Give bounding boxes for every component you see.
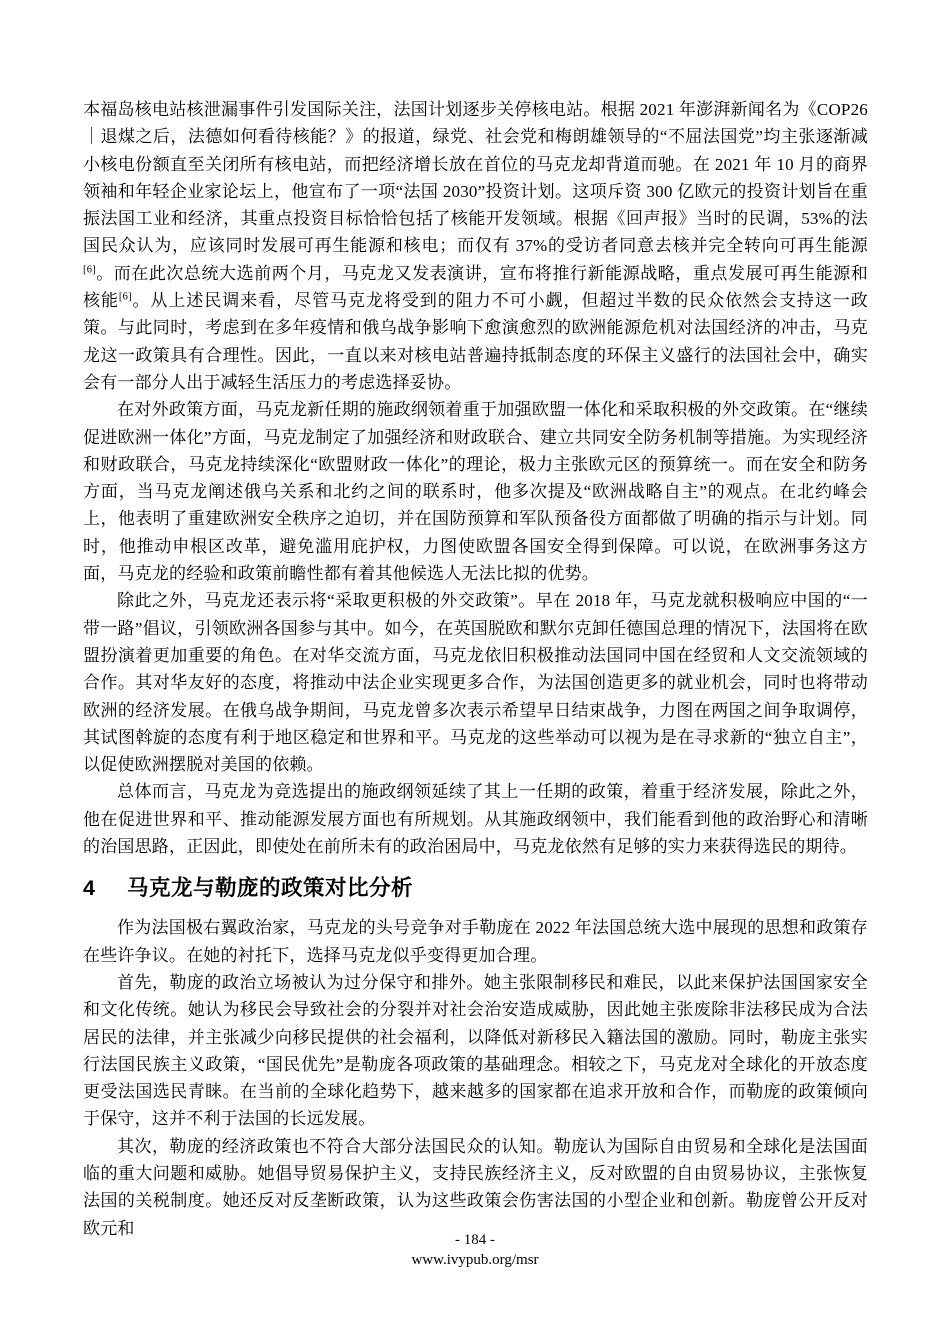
section-number: 4: [83, 873, 127, 903]
section-heading: 4马克龙与勒庞的政策对比分析: [83, 873, 868, 903]
citation-ref: [6]: [119, 291, 132, 302]
footer-url: www.ivypub.org/msr: [0, 1250, 950, 1270]
citation-ref: [6]: [83, 264, 96, 275]
paragraph: 除此之外，马克龙还表示将“采取更积极的外交政策”。早在 2018 年，马克龙就积…: [83, 587, 868, 778]
document-page: 本福岛核电站核泄漏事件引发国际关注，法国计划逐步关停核电站。根据 2021 年澎…: [0, 0, 950, 1344]
paragraph: 首先，勒庞的政治立场被认为过分保守和排外。她主张限制移民和难民，以此来保护法国国…: [83, 969, 868, 1133]
paragraph: 本福岛核电站核泄漏事件引发国际关注，法国计划逐步关停核电站。根据 2021 年澎…: [83, 96, 868, 396]
paragraph: 其次，勒庞的经济政策也不符合大部分法国民众的认知。勒庞认为国际自由贸易和全球化是…: [83, 1133, 868, 1242]
paragraph: 总体而言，马克龙为竞选提出的施政纲领延续了其上一任期的政策，着重于经济发展，除此…: [83, 778, 868, 860]
document-body: 本福岛核电站核泄漏事件引发国际关注，法国计划逐步关停核电站。根据 2021 年澎…: [83, 96, 868, 1242]
page-number: - 184 -: [0, 1230, 950, 1250]
paragraph: 在对外政策方面，马克龙新任期的施政纲领着重于加强欧盟一体化和采取积极的外交政策。…: [83, 396, 868, 587]
section-title: 马克龙与勒庞的政策对比分析: [127, 876, 413, 900]
page-footer: - 184 - www.ivypub.org/msr: [0, 1230, 950, 1270]
paragraph: 作为法国极右翼政治家，马克龙的头号竞争对手勒庞在 2022 年法国总统大选中展现…: [83, 914, 868, 969]
